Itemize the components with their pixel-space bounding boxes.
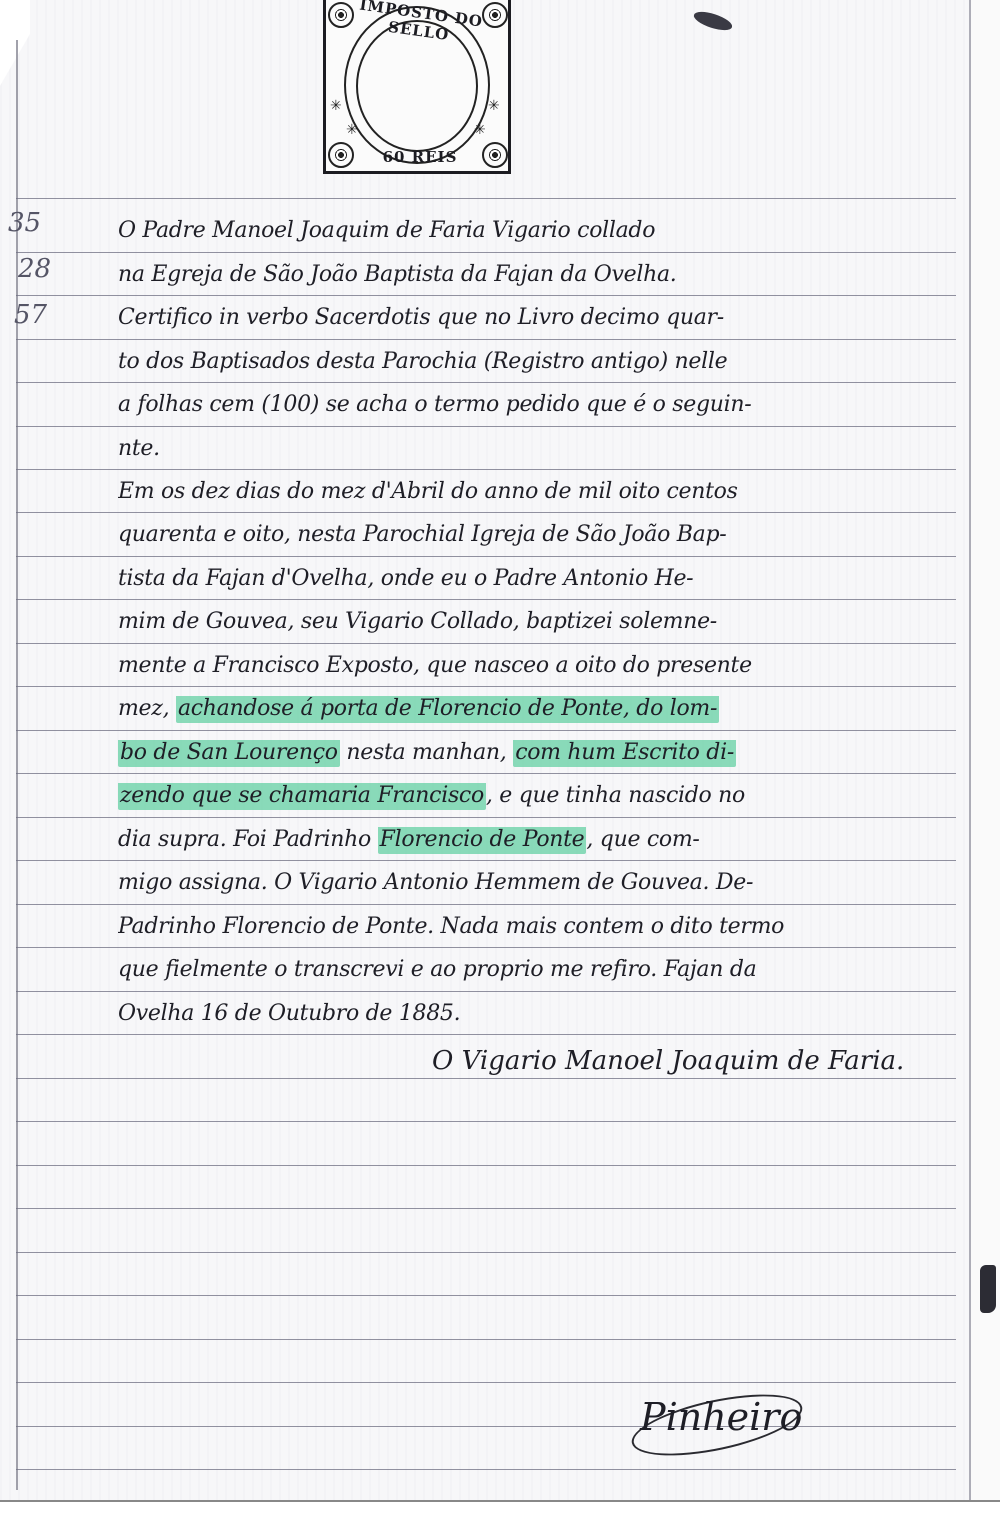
text-line: O Padre Manoel Joaquim de Faria Vigario … xyxy=(118,218,968,258)
ink-mark xyxy=(980,1265,996,1313)
text-line: Em os dez dias do mez d'Abril do anno de… xyxy=(118,479,968,519)
text-line-highlighted: zendo que se chamaria Francisco, e que t… xyxy=(118,783,968,823)
text-line-highlighted: bo de San Lourenço nesta manhan, com hum… xyxy=(118,740,968,780)
text-line: mim de Gouvea, seu Vigario Collado, bapt… xyxy=(118,609,968,649)
text-line: na Egreja de São João Baptista da Fajan … xyxy=(118,262,968,302)
page-bottom-edge xyxy=(0,1500,1000,1536)
highlighted-text: zendo que se chamaria Francisco xyxy=(118,783,486,810)
margin-note: 35 xyxy=(8,208,41,238)
vicar-signature: O Vigario Manoel Joaquim de Faria. xyxy=(432,1046,904,1076)
text-segment: , e que tinha nascido no xyxy=(486,783,745,808)
highlighted-text: bo de San Lourenço xyxy=(118,740,340,767)
text-line: Certifico in verbo Sacerdotis que no Liv… xyxy=(118,305,968,345)
ruled-line xyxy=(16,1252,956,1253)
ruled-line xyxy=(16,1469,956,1470)
text-line: tista da Fajan d'Ovelha, onde eu o Padre… xyxy=(118,566,968,606)
text-segment: nesta manhan, xyxy=(340,740,514,765)
ruled-line xyxy=(16,1208,956,1209)
text-segment: dia supra. Foi Padrinho xyxy=(118,827,378,852)
asterisk-ornament-icon: ✳ xyxy=(488,98,500,114)
document-page: ✳ ✳ ✳ ✳ IMPOSTO DO SELLO 60 REIS 35 28 5… xyxy=(0,0,1000,1536)
ruled-line xyxy=(16,1426,956,1427)
text-segment: , que com- xyxy=(586,827,699,852)
text-line: mente a Francisco Exposto, que nasceo a … xyxy=(118,653,968,693)
tax-stamp: ✳ ✳ ✳ ✳ IMPOSTO DO SELLO 60 REIS xyxy=(323,0,511,174)
text-segment: mez, xyxy=(118,696,176,721)
ruled-line xyxy=(16,1121,956,1122)
asterisk-ornament-icon: ✳ xyxy=(346,122,358,138)
text-line: to dos Baptisados desta Parochia (Regist… xyxy=(118,349,968,389)
ruled-line xyxy=(16,1295,956,1296)
text-line: Ovelha 16 de Outubro de 1885. xyxy=(118,1001,968,1041)
ruled-line xyxy=(16,1078,956,1079)
margin-note: 28 xyxy=(18,254,51,284)
ruled-line xyxy=(16,1165,956,1166)
highlighted-text: com hum Escrito di- xyxy=(513,740,736,767)
text-line-highlighted: dia supra. Foi Padrinho Florencio de Pon… xyxy=(118,827,968,867)
highlighted-text: achandose á porta de Florencio de Ponte,… xyxy=(176,696,719,723)
text-line: que fielmente o transcrevi e ao proprio … xyxy=(118,957,968,997)
final-signature: Pinheiro xyxy=(640,1395,802,1439)
asterisk-ornament-icon: ✳ xyxy=(474,122,486,138)
margin-note: 57 xyxy=(14,300,47,330)
text-line: Padrinho Florencio de Ponte. Nada mais c… xyxy=(118,914,968,954)
ink-blot xyxy=(692,8,734,34)
ruled-line xyxy=(16,1382,956,1383)
text-line-highlighted: mez, achandose á porta de Florencio de P… xyxy=(118,696,968,736)
text-line: a folhas cem (100) se acha o termo pedid… xyxy=(118,392,968,432)
asterisk-ornament-icon: ✳ xyxy=(330,98,342,114)
text-line: quarenta e oito, nesta Parochial Igreja … xyxy=(118,522,968,562)
text-line: migo assigna. O Vigario Antonio Hemmem d… xyxy=(118,870,968,910)
stamp-value: 60 REIS xyxy=(346,148,494,166)
highlighted-text: Florencio de Ponte xyxy=(378,827,587,854)
ruled-line xyxy=(16,198,956,199)
ruled-line xyxy=(16,1339,956,1340)
text-line: nte. xyxy=(118,436,968,476)
